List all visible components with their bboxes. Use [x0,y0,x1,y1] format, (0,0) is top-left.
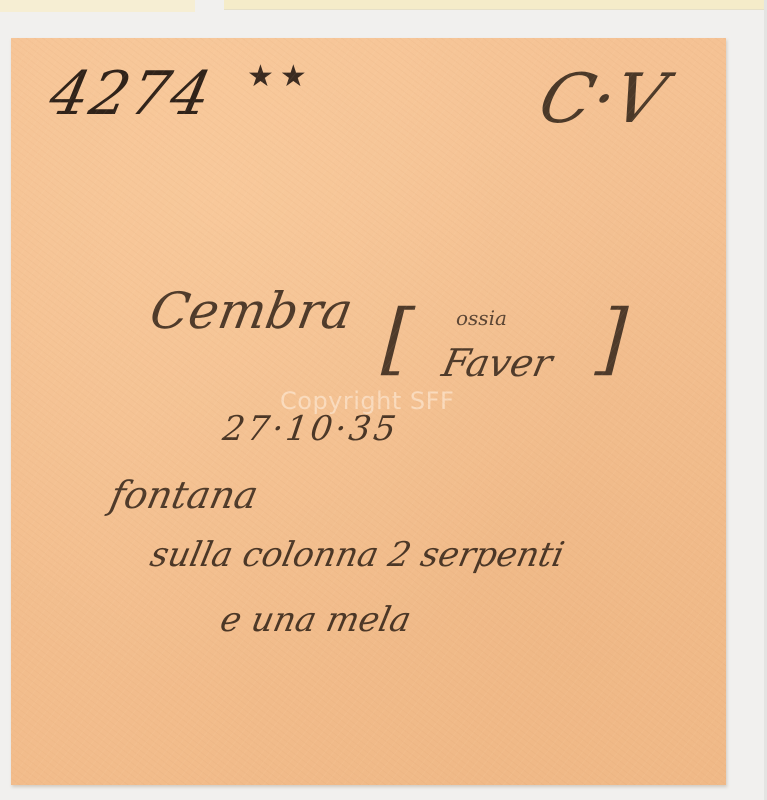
description-line-2: sulla colonna 2 serpenti [147,538,567,572]
mount-top-strip-right [224,0,767,10]
date: 27·10·35 [221,412,401,446]
page: { "document": { "type": "handwritten arc… [0,0,767,800]
description-line-1: fontana [107,476,262,514]
bracket-note: ossia [456,308,507,328]
corner-code: C·V [533,66,673,134]
mount-top-strip-left [0,0,195,12]
bracket-open: [ [373,300,423,378]
archive-card: 4274 ★★ C·V Cembra [ ossia Faver ] Copyr… [11,38,726,785]
catalog-number: 4274 [45,64,218,124]
description-line-3: e una mela [217,603,414,637]
place-name: Cembra [147,286,357,336]
alternate-place-name: Faver [439,344,556,382]
bracket-close: ] [587,300,637,378]
star-rating-icon: ★★ [247,62,313,92]
